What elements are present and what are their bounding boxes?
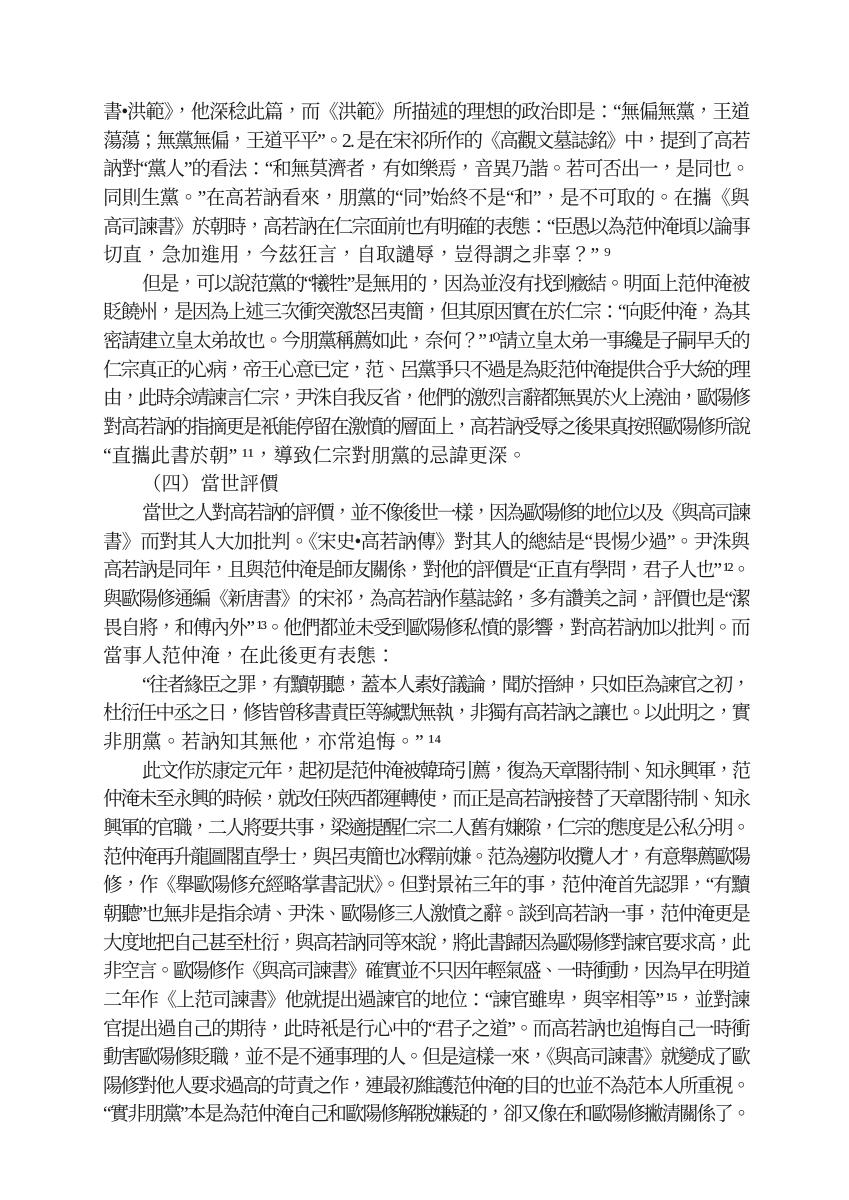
text-line: 仲淹未至永興的時候，就改任陝西都運轉使，而正是高若訥接替了天章閣待制、知永 bbox=[103, 786, 749, 815]
text-line: 仁宗真正的心病，帝王心意已定，范、呂黨爭只不過是為貶范仲淹提供合乎大統的理 bbox=[103, 357, 749, 386]
text-line: 大度地把自己甚至杜衍，與高若訥同等來說，將此書歸因為歐陽修對諫官要求高，此 bbox=[103, 930, 749, 959]
text-line: 當事人范仲淹，在此後更有表態： bbox=[103, 643, 749, 672]
text-line: 由，此時余靖諫言仁宗，尹洙自我反省，他們的激烈言辭都無異於火上澆油，歐陽修 bbox=[103, 385, 749, 414]
text-line: “直攜此書於朝” ¹¹，導致仁宗對朋黨的忌諱更深。 bbox=[103, 443, 749, 472]
text-line: 畏自將，和傅內外” ¹³。他們都並未受到歐陽修私憤的影響，對高若訥加以批判。而 bbox=[103, 615, 749, 644]
paragraph-fan-quote: “往者緣臣之罪，有黷朝聽，蓋本人素好議論，聞於搢紳，只如臣為諫官之初， 杜衍任中… bbox=[103, 672, 749, 758]
text-line: 訥對“黨人”的看法：“和無莫濟者，有如樂焉，音異乃諧。若可否出一，是同也。 bbox=[103, 156, 749, 185]
text-line: 書》而對其人大加批判。《宋史•高若訥傳》對其人的總結是“畏惕少過”。尹洙與 bbox=[103, 529, 749, 558]
text-line: 非朋黨。若訥知其無他，亦常追悔。” ¹⁴ bbox=[103, 729, 749, 758]
text-line: 書•洪範》，他深稔此篇，而《洪範》所描述的理想的政治即是：“無偏無黨，王道 bbox=[103, 99, 749, 128]
text-line: 興軍的官職，二人將要共事，梁適提醒仁宗二人舊有嫌隙，仁宗的態度是公私分明。 bbox=[103, 815, 749, 844]
text-line: 切直，急加進用，今茲狂言，自取譴辱，豈得謂之非辜？” ⁹ bbox=[103, 242, 749, 271]
page-text-block: 書•洪範》，他深稔此篇，而《洪範》所描述的理想的政治即是：“無偏無黨，王道 蕩蕩… bbox=[103, 99, 749, 1130]
text-line: 朝聽”也無非是指余靖、尹洙、歐陽修三人激憤之辭。談到高若訥一事，范仲淹更是 bbox=[103, 901, 749, 930]
text-line: 同則生黨。”在高若訥看來，朋黨的“同”始終不是“和”，是不可取的。在攜《與 bbox=[103, 185, 749, 214]
paragraph-contemporary-evaluation: 當世之人對高若訥的評價，並不像後世一樣，因為歐陽修的地位以及《與高司諫 書》而對… bbox=[103, 500, 749, 672]
document-page: 書•洪範》，他深稔此篇，而《洪範》所描述的理想的政治即是：“無偏無黨，王道 蕩蕩… bbox=[0, 0, 849, 1200]
text-line: 范仲淹再升龍圖閣直學士，與呂夷簡也冰釋前嫌。范為邊防收攬人才，有意舉薦歐陽 bbox=[103, 844, 749, 873]
text-line: 官提出過自己的期待，此時衹是行心中的“君子之道”。而高若訥也追悔自己一時衝 bbox=[103, 1016, 749, 1045]
paragraph-section-heading: （四）當世評價 bbox=[103, 471, 749, 500]
text-line: 與歐陽修通編《新唐書》的宋祁，為高若訥作墓誌銘，多有讚美之詞，評價也是“潔 bbox=[103, 586, 749, 615]
text-line: “實非朋黨”本是為范仲淹自己和歐陽修解脫嫌疑的，卻又像在和歐陽修撇清關係了。 bbox=[103, 1101, 749, 1130]
text-line: 蕩蕩；無黨無偏，王道平平”。2. 是在宋祁所作的《高觀文墓誌銘》中，提到了高若 bbox=[103, 128, 749, 157]
text-line: 二年作《上范司諫書》他就提出過諫官的地位：“諫官雖卑，與宰相等” ¹⁵，並對諫 bbox=[103, 987, 749, 1016]
text-line: 高若訥是同年，且與范仲淹是師友關係，對他的評價是“正直有學問，君子人也” ¹²。 bbox=[103, 557, 749, 586]
text-line: 高司諫書》於朝時，高若訥在仁宗面前也有明確的表態：“臣愚以為范仲淹頃以論事 bbox=[103, 214, 749, 243]
text-line: 密請建立皇太弟故也。今朋黨稱薦如此，奈何？” ¹⁰請立皇太弟一事纔是子嗣早夭的 bbox=[103, 328, 749, 357]
text-line: 陽修對他人要求過高的苛責之作，連最初維護范仲淹的目的也並不為范本人所重視。 bbox=[103, 1073, 749, 1102]
text-line: 修，作《舉歐陽修充經略掌書記狀》。但對景祐三年的事，范仲淹首先認罪，“有黷 bbox=[103, 872, 749, 901]
paragraph-fan-sacrifice: 但是，可以說范黨的“犧牲”是無用的，因為並沒有找到癥結。明面上范仲淹被 貶饒州，… bbox=[103, 271, 749, 471]
paragraph-continuation: 書•洪範》，他深稔此篇，而《洪範》所描述的理想的政治即是：“無偏無黨，王道 蕩蕩… bbox=[103, 99, 749, 271]
text-line: 但是，可以說范黨的“犧牲”是無用的，因為並沒有找到癥結。明面上范仲淹被 bbox=[103, 271, 749, 300]
text-line: 貶饒州，是因為上述三次衝突激怒呂夷簡，但其原因實在於仁宗：“向貶仲淹，為其 bbox=[103, 299, 749, 328]
text-line: 動害歐陽修貶職，並不是不通事理的人。但是這樣一來，《與高司諫書》就變成了歐 bbox=[103, 1044, 749, 1073]
text-line: 此文作於康定元年，起初是范仲淹被韓琦引薦，復為天章閣待制、知永興軍，范 bbox=[103, 758, 749, 787]
text-line: 當世之人對高若訥的評價，並不像後世一樣，因為歐陽修的地位以及《與高司諫 bbox=[103, 500, 749, 529]
text-line: 非空言。歐陽修作《與高司諫書》確實並不只因年輕氣盛、一時衝動，因為早在明道 bbox=[103, 958, 749, 987]
text-line: 對高若訥的指摘更是衹能停留在激憤的層面上，高若訥受辱之後果真按照歐陽修所說 bbox=[103, 414, 749, 443]
paragraph-kangding-analysis: 此文作於康定元年，起初是范仲淹被韓琦引薦，復為天章閣待制、知永興軍，范 仲淹未至… bbox=[103, 758, 749, 1130]
text-line: “往者緣臣之罪，有黷朝聽，蓋本人素好議論，聞於搢紳，只如臣為諫官之初， bbox=[103, 672, 749, 701]
section-heading: （四）當世評價 bbox=[103, 471, 749, 500]
text-line: 杜衍任中丞之日，修皆曾移書責臣等緘默無執，非獨有高若訥之讓也。以此明之，實 bbox=[103, 700, 749, 729]
